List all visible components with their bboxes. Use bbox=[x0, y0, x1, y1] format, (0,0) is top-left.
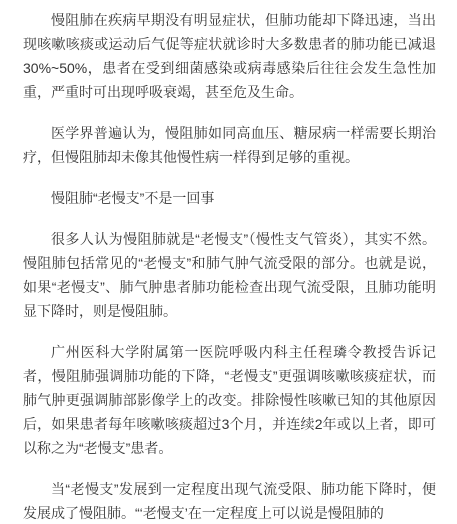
paragraph-progression: 当“老慢支”发展到一定程度出现气流受限、肺功能下降时，便发展成了慢阻肺。“‘老慢… bbox=[23, 477, 436, 524]
paragraph-expert-quote: 广州医科大学附属第一医院呼吸内科主任程璘令教授告诉记者，慢阻肺强调肺功能的下降，… bbox=[23, 340, 436, 460]
paragraph-intro: 慢阻肺在疾病早期没有明显症状，但肺功能却下降迅速，当出现咳嗽咳痰或运动后气促等症… bbox=[23, 8, 436, 104]
article-body: 慢阻肺在疾病早期没有明显症状，但肺功能却下降迅速，当出现咳嗽咳痰或运动后气促等症… bbox=[0, 0, 457, 524]
section-heading: 慢阻肺“老慢支”不是一回事 bbox=[23, 186, 436, 210]
paragraph-misconception: 很多人认为慢阻肺就是“老慢支”（慢性支气管炎），其实不然。慢阻肺包括常见的“老慢… bbox=[23, 227, 436, 323]
paragraph-medical-view: 医学界普遍认为，慢阻肺如同高血压、糖尿病一样需要长期治疗，但慢阻肺却未像其他慢性… bbox=[23, 121, 436, 169]
